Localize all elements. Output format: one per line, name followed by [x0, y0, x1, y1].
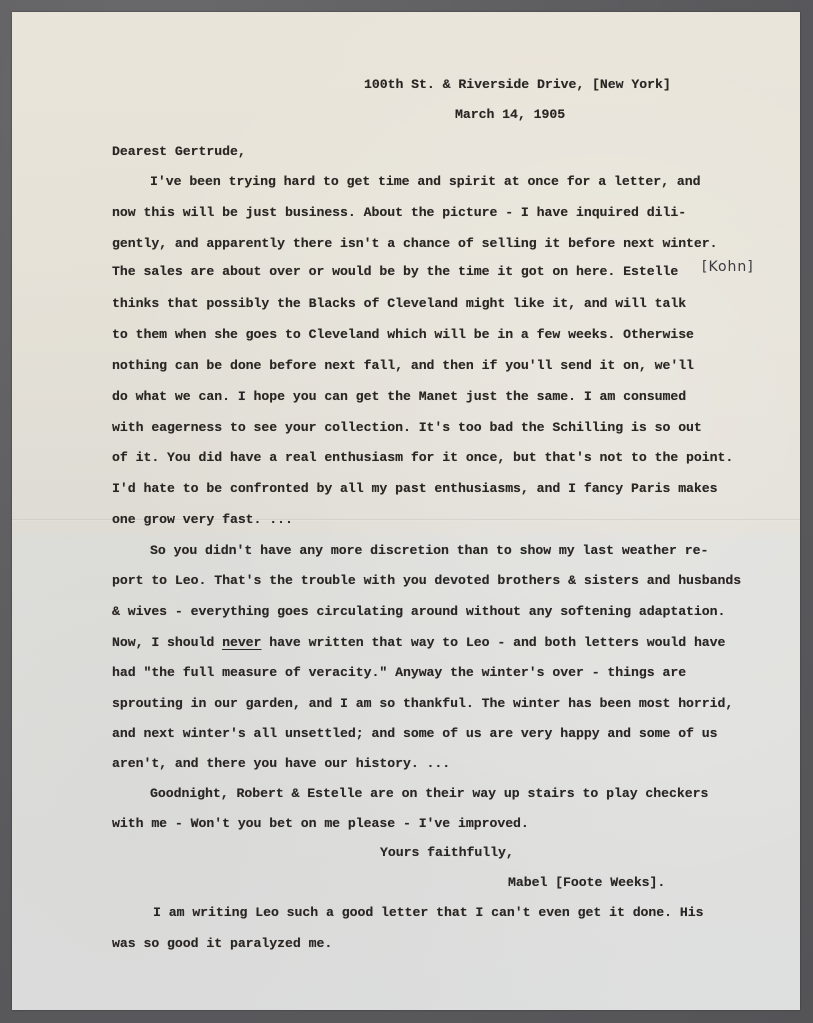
body-line: do what we can. I hope you can get the M… [112, 390, 686, 403]
handwritten-annotation: [Kohn] [702, 259, 754, 275]
body-line: thinks that possibly the Blacks of Cleve… [112, 297, 686, 310]
body-line: sprouting in our garden, and I am so tha… [112, 697, 733, 710]
body-line: The sales are about over or would be by … [112, 265, 678, 278]
body-line-with-emphasis: Now, I should never have written that wa… [112, 636, 725, 649]
body-line: to them when she goes to Cleveland which… [112, 328, 694, 341]
body-line: gently, and apparently there isn't a cha… [112, 237, 718, 250]
signature: Mabel [Foote Weeks]. [508, 876, 665, 889]
postscript-line: was so good it paralyzed me. [112, 937, 332, 950]
body-line: one grow very fast. ... [112, 513, 293, 526]
text-fragment: have written that way to Leo - and both … [269, 635, 725, 650]
body-line: So you didn't have any more discretion t… [150, 544, 708, 557]
postscript-line: I am writing Leo such a good letter that… [153, 906, 703, 919]
body-line: and next winter's all unsettled; and som… [112, 727, 718, 740]
body-line: aren't, and there you have our history. … [112, 757, 450, 770]
body-line: had "the full measure of veracity." Anyw… [112, 666, 686, 679]
letter-date: March 14, 1905 [455, 108, 565, 121]
salutation: Dearest Gertrude, [112, 145, 246, 158]
body-line: now this will be just business. About th… [112, 206, 686, 219]
body-line: with me - Won't you bet on me please - I… [112, 817, 529, 830]
body-line: port to Leo. That's the trouble with you… [112, 574, 741, 587]
sender-address: 100th St. & Riverside Drive, [New York] [364, 78, 671, 91]
body-line: Goodnight, Robert & Estelle are on their… [150, 787, 708, 800]
body-line: I'd hate to be confronted by all my past… [112, 482, 718, 495]
letter-page [12, 12, 800, 1010]
body-line: of it. You did have a real enthusiasm fo… [112, 451, 733, 464]
body-line: I've been trying hard to get time and sp… [150, 175, 700, 188]
body-line: with eagerness to see your collection. I… [112, 421, 702, 434]
body-line: & wives - everything goes circulating ar… [112, 605, 725, 618]
body-line: nothing can be done before next fall, an… [112, 359, 694, 372]
text-fragment: Now, I should [112, 635, 222, 650]
underlined-word: never [222, 635, 261, 650]
closing: Yours faithfully, [380, 846, 514, 859]
